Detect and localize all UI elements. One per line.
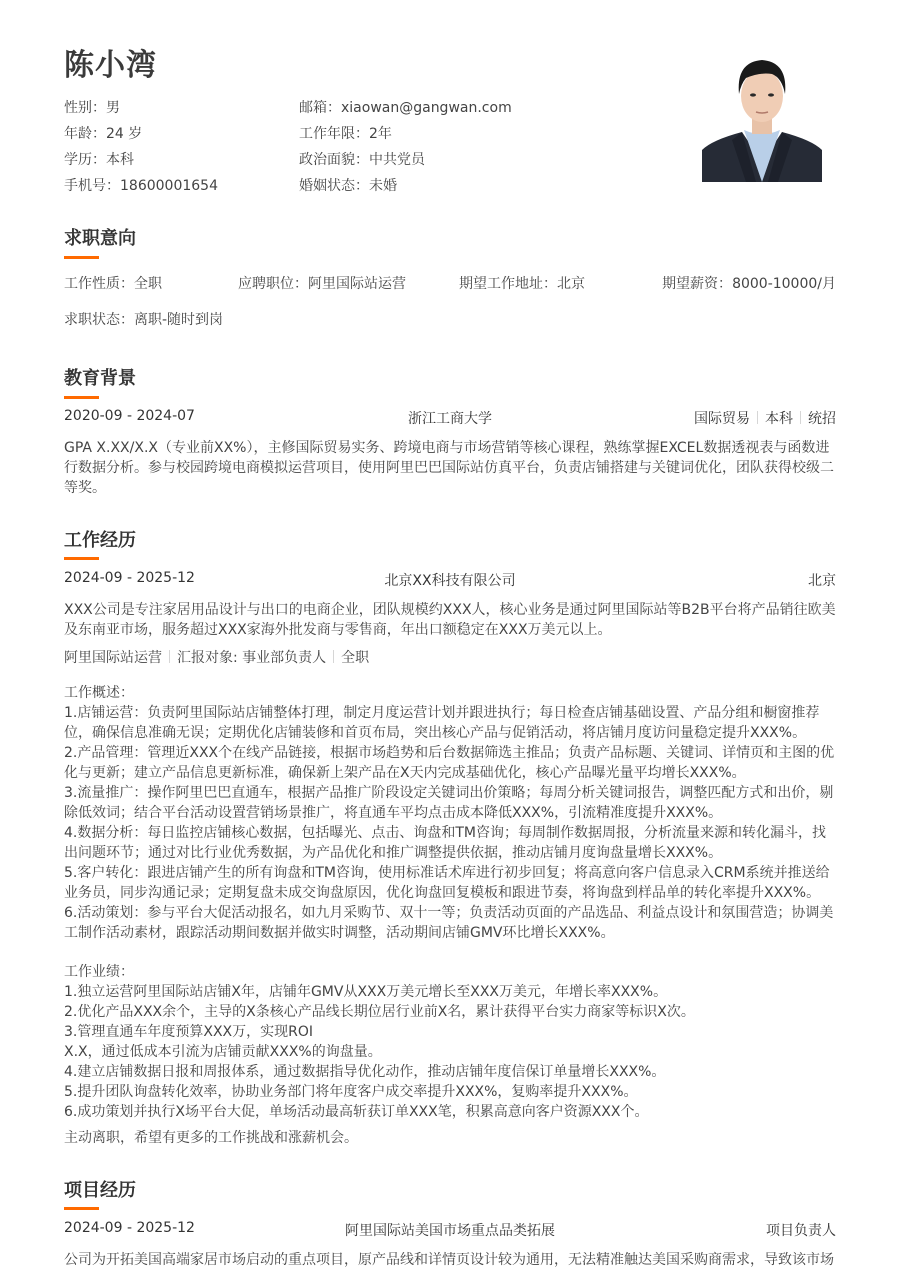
achievement-item: 3.管理直通车年度预算XXX万，实现ROI	[64, 1022, 836, 1042]
tag-separator	[757, 411, 758, 424]
overview-item: 3.流量推广：操作阿里巴巴直通车，根据产品推广阶段设定关键词出价策略；每周分析关…	[64, 783, 836, 823]
project-name: 阿里国际站美国市场重点品类拓展	[345, 1223, 555, 1239]
company-name: 北京XX科技有限公司	[384, 573, 515, 589]
work-period: 2024-09 - 2025-12	[64, 570, 195, 590]
info-label: 工作年限：	[299, 126, 369, 142]
info-value: 中共党员	[369, 152, 425, 168]
info-value: 24 岁	[106, 126, 142, 142]
report-to-tag: 汇报对象: 事业部负责人	[177, 650, 326, 666]
info-value: 未婚	[369, 178, 397, 194]
role-tag: 阿里国际站运营	[64, 650, 162, 666]
intent-label: 求职状态：	[64, 312, 134, 328]
tag-separator	[169, 650, 170, 663]
info-row: 手机号：18600001654 婚姻状态：未婚	[64, 172, 624, 198]
project-header-row: 2024-09 - 2025-12 阿里国际站美国市场重点品类拓展 项目负责人	[64, 1220, 836, 1240]
profile-photo	[702, 50, 822, 182]
enrollment-tag: 统招	[808, 411, 836, 427]
degree-field: 学历：本科	[64, 149, 299, 169]
marital-status-field: 婚姻状态：未婚	[299, 175, 619, 195]
personal-info: 性别：男 邮箱：xiaowan@gangwan.com 年龄：24 岁 工作年限…	[64, 94, 624, 198]
info-value: 18600001654	[120, 178, 218, 194]
overview-item: 6.活动策划：参与平台大促活动报名，如九月采购节、双十一等；负责活动页面的产品选…	[64, 903, 836, 943]
intent-label: 应聘职位：	[238, 276, 308, 292]
achievement-item: X.X，通过低成本引流为店铺贡献XXX%的询盘量。	[64, 1042, 836, 1062]
info-label: 性别：	[64, 100, 106, 116]
education-tags: 国际贸易本科统招	[694, 408, 836, 428]
section-title-project: 项目经历	[64, 1176, 136, 1202]
intent-value: 8000-10000/月	[732, 276, 836, 292]
education-period: 2020-09 - 2024-07	[64, 408, 195, 428]
political-status-field: 政治面貌：中共党员	[299, 149, 619, 169]
achievement-item: 1.独立运营阿里国际站店铺X年，店铺年GMV从XXX万美元增长至XXX万美元，年…	[64, 982, 836, 1002]
section-underline	[64, 256, 99, 259]
tag-separator	[333, 650, 334, 663]
info-label: 婚姻状态：	[299, 178, 369, 194]
achievement-item: 5.提升团队询盘转化效率，协助业务部门将年度客户成交率提升XXX%，复购率提升X…	[64, 1082, 836, 1102]
location-field: 期望工作地址：北京	[459, 273, 585, 293]
section-underline	[64, 557, 99, 560]
info-label: 学历：	[64, 152, 106, 168]
education-description: GPA X.XX/X.X（专业前XX%），主修国际贸易实务、跨境电商与市场营销等…	[64, 438, 836, 498]
info-value: 2年	[369, 126, 392, 142]
candidate-name: 陈小湾	[64, 40, 157, 84]
project-role: 项目负责人	[766, 1220, 836, 1240]
work-location: 北京	[808, 570, 836, 590]
job-status-row: 求职状态：离职-随时到岗	[64, 309, 836, 329]
info-row: 性别：男 邮箱：xiaowan@gangwan.com	[64, 94, 624, 120]
intent-value: 阿里国际站运营	[308, 276, 406, 292]
position-field: 应聘职位：阿里国际站运营	[238, 273, 406, 293]
info-row: 学历：本科 政治面貌：中共党员	[64, 146, 624, 172]
achievement-item: 2.优化产品XXX余个，主导的X条核心产品线长期位居行业前X名，累计获得平台实力…	[64, 1002, 836, 1022]
info-value: 本科	[106, 152, 134, 168]
info-label: 手机号：	[64, 178, 120, 194]
tag-separator	[800, 411, 801, 424]
achievement-item: 6.成功策划并执行X场平台大促，单场活动最高斩获订单XXX笔，积累高意向客户资源…	[64, 1102, 836, 1122]
email-field: 邮箱：xiaowan@gangwan.com	[299, 97, 619, 117]
overview-item: 4.数据分析：每日监控店铺核心数据，包括曝光、点击、询盘和TM咨询；每周制作数据…	[64, 823, 836, 863]
section-title-job-intent: 求职意向	[64, 224, 136, 250]
employment-type-tag: 全职	[341, 650, 369, 666]
salary-field: 期望薪资：8000-10000/月	[662, 273, 836, 293]
work-tags: 阿里国际站运营汇报对象: 事业部负责人全职	[64, 648, 836, 668]
gender-field: 性别：男	[64, 97, 299, 117]
work-years-field: 工作年限：2年	[299, 123, 619, 143]
info-label: 政治面貌：	[299, 152, 369, 168]
age-field: 年龄：24 岁	[64, 123, 299, 143]
info-label: 邮箱：	[299, 100, 341, 116]
major-tag: 国际贸易	[694, 411, 750, 427]
phone-field: 手机号：18600001654	[64, 175, 299, 195]
info-row: 年龄：24 岁 工作年限：2年	[64, 120, 624, 146]
achievement-item: 4.建立店铺数据日报和周报体系，通过数据指导优化动作，推动店铺年度信保订单量增长…	[64, 1062, 836, 1082]
work-header-row: 2024-09 - 2025-12 北京XX科技有限公司 北京	[64, 570, 836, 590]
project-description: 公司为开拓美国高端家居市场启动的重点项目，原产品线和详情页设计较为通用，无法精准…	[64, 1250, 836, 1270]
person-photo-icon	[702, 50, 822, 182]
education-header-row: 2020-09 - 2024-07 浙江工商大学 国际贸易本科统招	[64, 408, 836, 428]
degree-tag: 本科	[765, 411, 793, 427]
intent-value: 全职	[134, 276, 162, 292]
work-overview: 工作概述： 1.店铺运营：负责阿里国际站店铺整体打理，制定月度运营计划并跟进执行…	[64, 683, 836, 943]
leave-reason: 主动离职，希望有更多的工作挑战和涨薪机会。	[64, 1128, 836, 1148]
info-label: 年龄：	[64, 126, 106, 142]
section-title-work: 工作经历	[64, 526, 136, 552]
company-description: XXX公司是专注家居用品设计与出口的电商企业，团队规模约XXX人，核心业务是通过…	[64, 600, 836, 640]
intent-value: 离职-随时到岗	[134, 312, 223, 328]
job-type-field: 工作性质：全职	[64, 273, 162, 293]
section-underline	[64, 396, 99, 399]
job-intent-row: 工作性质：全职 应聘职位：阿里国际站运营 期望工作地址：北京 期望薪资：8000…	[64, 273, 836, 293]
work-achievements: 工作业绩： 1.独立运营阿里国际站店铺X年，店铺年GMV从XXX万美元增长至XX…	[64, 962, 836, 1122]
school-name: 浙江工商大学	[408, 411, 492, 427]
overview-item: 2.产品管理：管理近XXX个在线产品链接，根据市场趋势和后台数据筛选主推品；负责…	[64, 743, 836, 783]
project-period: 2024-09 - 2025-12	[64, 1220, 195, 1240]
section-title-education: 教育背景	[64, 364, 136, 390]
intent-label: 期望薪资：	[662, 276, 732, 292]
intent-value: 北京	[557, 276, 585, 292]
job-status-field: 求职状态：离职-随时到岗	[64, 309, 223, 329]
intent-label: 工作性质：	[64, 276, 134, 292]
section-underline	[64, 1207, 99, 1210]
achievements-title: 工作业绩：	[64, 962, 836, 982]
info-value: 男	[106, 100, 120, 116]
info-value: xiaowan@gangwan.com	[341, 100, 512, 116]
overview-item: 5.客户转化：跟进店铺产生的所有询盘和TM咨询，使用标准话术库进行初步回复；将高…	[64, 863, 836, 903]
intent-label: 期望工作地址：	[459, 276, 557, 292]
overview-title: 工作概述：	[64, 683, 836, 703]
overview-item: 1.店铺运营：负责阿里国际站店铺整体打理，制定月度运营计划并跟进执行；每日检查店…	[64, 703, 836, 743]
